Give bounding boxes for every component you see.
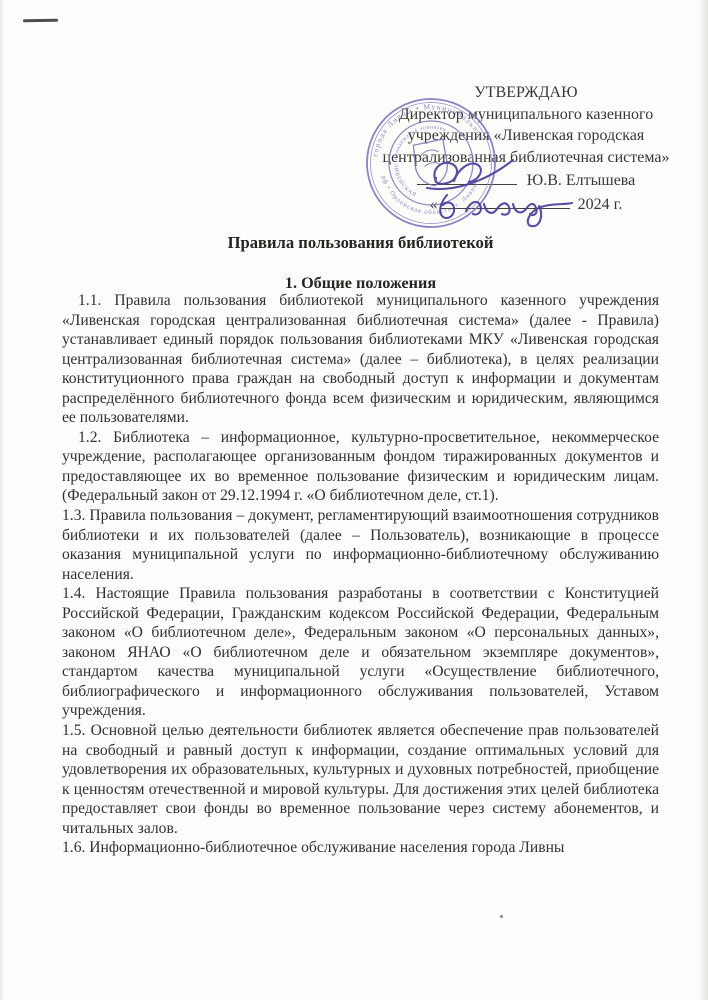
paragraph-1-4: 1.4. Настоящие Правила пользования разра… [62, 584, 659, 721]
paragraph-1-6: 1.6. Информационно-библиотечное обслужив… [62, 838, 659, 858]
document-page: УТВЕРЖДАЮ Директор муниципального казенн… [0, 0, 708, 1000]
handwritten-ink [380, 145, 670, 240]
paragraph-1-1: 1.1. Правила пользования библиотекой мун… [62, 291, 659, 428]
signature-ink [427, 160, 513, 189]
paragraph-1-5: 1.5. Основной целью деятельности библиот… [62, 721, 659, 838]
scan-edge-left [0, 0, 4, 1000]
scan-dash-mark [23, 19, 58, 23]
paragraph-1-3: 1.3. Правила пользования – документ, рег… [62, 506, 659, 584]
date-ink [440, 195, 572, 226]
document-body: 1.1. Правила пользования библиотекой мун… [62, 291, 659, 858]
document-title: Правила пользования библиотекой [62, 233, 659, 253]
scan-speck [500, 915, 503, 918]
paragraph-1-2: 1.2. Библиотека – информационное, культу… [62, 428, 659, 506]
